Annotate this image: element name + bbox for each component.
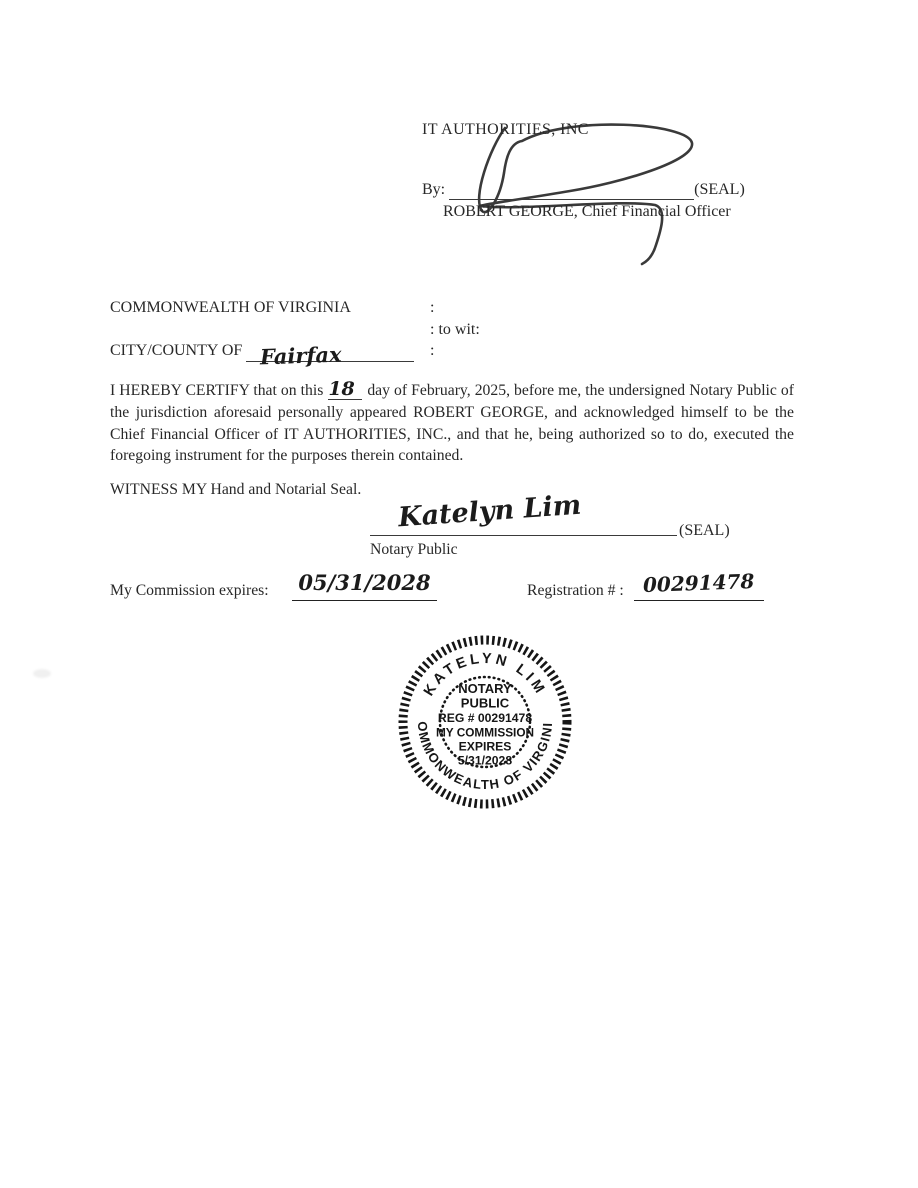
seal-label-notary: (SEAL) (679, 522, 730, 540)
commission-expires-label: My Commission expires: (110, 582, 269, 600)
venue-colon-1: : (430, 297, 480, 319)
by-label: By: (422, 181, 445, 200)
signer-name-title: ROBERT GEORGE, Chief Financial Officer (443, 203, 731, 221)
commission-expires-handwritten: 05/31/2028 (298, 570, 430, 595)
venue-block: COMMONWEALTH OF VIRGINIA : : to wit: CIT… (110, 297, 480, 362)
stamp-center-line5: EXPIRES (459, 740, 512, 754)
to-wit-label: : to wit: (430, 319, 480, 341)
stamp-center-line1: NOTARY (458, 681, 512, 696)
by-signature-row: By: (SEAL) (422, 181, 745, 200)
city-county-handwritten: Fairfax (260, 344, 342, 368)
certification-paragraph: I HEREBY CERTIFY that on this18day of Fe… (110, 380, 794, 467)
venue-colon-2: : (430, 340, 480, 362)
registration-blank-line: 00291478 (634, 568, 764, 601)
witness-line: WITNESS MY Hand and Notarial Seal. (110, 481, 361, 499)
venue-spacer (110, 319, 430, 341)
notary-acknowledgment-page: IT AUTHORITIES, INC By: (SEAL) ROBERT GE… (0, 0, 918, 1188)
signature-blank-line (449, 181, 694, 200)
registration-label: Registration # : (527, 582, 624, 600)
city-county-row: CITY/COUNTY OF Fairfax (110, 340, 430, 362)
stamp-center-line4: MY COMMISSION (436, 726, 534, 740)
stamp-center-line2: PUBLIC (461, 696, 510, 711)
city-county-label: CITY/COUNTY OF (110, 340, 242, 362)
certification-text-part1: I HEREBY CERTIFY that on this (110, 382, 323, 399)
state-label: COMMONWEALTH OF VIRGINIA (110, 297, 430, 319)
notary-stamp-seal: KATELYN LIM COMMONWEALTH OF VIRGINIA NOT… (392, 629, 578, 815)
stamp-center-line3: REG # 00291478 (438, 711, 532, 725)
scan-smudge-artifact (33, 669, 51, 678)
notary-public-label: Notary Public (370, 541, 458, 559)
commission-expires-blank-line: 05/31/2028 (292, 568, 437, 601)
day-blank-line: 18 (328, 381, 362, 400)
city-county-blank-line: Fairfax (246, 342, 414, 362)
registration-handwritten: 00291478 (643, 569, 755, 597)
company-name: IT AUTHORITIES, INC (422, 121, 589, 139)
stamp-center-line6: 5/31/2028 (458, 754, 512, 768)
day-handwritten: 18 (328, 378, 354, 400)
seal-label-top: (SEAL) (694, 181, 745, 200)
